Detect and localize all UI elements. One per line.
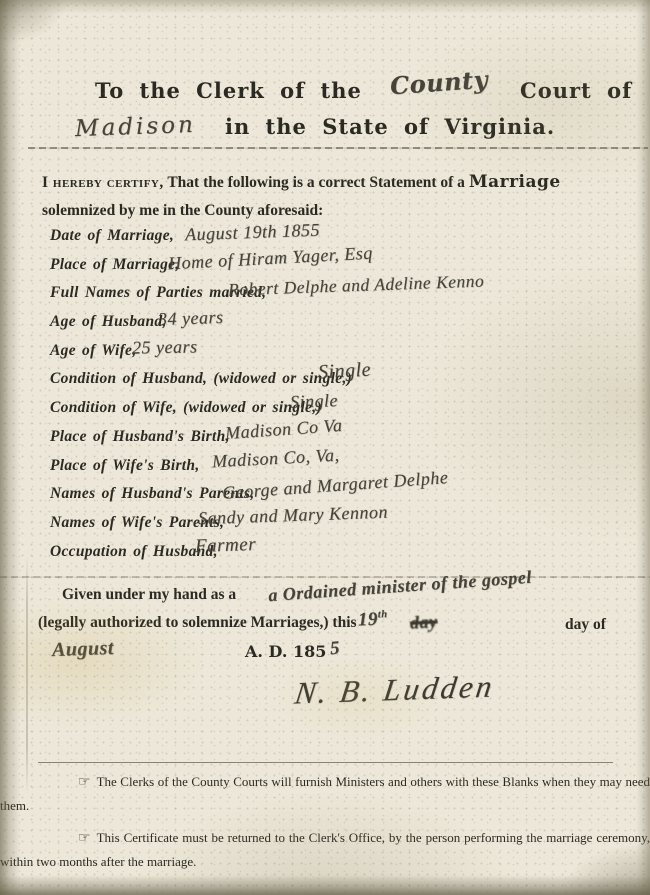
- certify-smallcaps: I hereby certify,: [42, 174, 164, 191]
- field-label: Condition of Wife, (widowed or single,): [50, 399, 322, 417]
- form-row-place-of-marriage: Place of Marriage, Home of Hiram Yager, …: [50, 250, 650, 279]
- closing-printed-1: Given under my hand as a: [62, 586, 236, 604]
- handwritten-value: Single: [290, 390, 339, 413]
- header-printed-right: Court of: [520, 78, 632, 103]
- header-state-line: in the State of Virginia.: [225, 114, 555, 139]
- document-header: To the Clerk of the County Court of Madi…: [0, 72, 650, 150]
- closing-day-of-label: day of: [565, 616, 606, 634]
- form-row-condition-of-husband: Condition of Husband, (widowed or single…: [50, 364, 650, 393]
- closing-statement: Given under my hand as a a Ordained mini…: [0, 582, 650, 668]
- field-label: Age of Husband,: [50, 313, 167, 331]
- fold-crease-line: [0, 576, 650, 578]
- closing-printed-2: (legally authorized to solemnize Marriag…: [38, 614, 357, 632]
- form-row-parties-married: Full Names of Parties married, Robert De…: [50, 278, 650, 307]
- note-clerks-furnish-blanks: ☞The Clerks of the County Courts will fu…: [0, 770, 650, 817]
- field-label: Condition of Husband, (widowed or single…: [50, 370, 352, 388]
- handwritten-struck-word: day: [409, 611, 438, 633]
- certify-marriage-word: Marriage: [469, 172, 561, 192]
- field-label: Place of Husband's Birth,: [50, 428, 230, 446]
- header-printed-left: To the Clerk of the: [95, 78, 362, 103]
- note-return-certificate: ☞This Certificate must be returned to th…: [0, 826, 650, 873]
- handwritten-year-digit: 5: [329, 638, 341, 661]
- form-row-condition-of-wife: Condition of Wife, (widowed or single,) …: [50, 393, 650, 422]
- notes-divider-rule: [38, 762, 613, 763]
- closing-printed-year: A. D. 185: [245, 642, 326, 661]
- handwritten-county-name: Madison: [75, 112, 197, 142]
- field-label: Occupation of Husband,: [50, 543, 218, 561]
- field-label: Age of Wife,: [50, 342, 136, 360]
- certification-paragraph: I hereby certify, That the following is …: [42, 168, 617, 225]
- handwritten-county-word: County: [389, 65, 489, 101]
- note-text: This Certificate must be returned to the…: [0, 830, 650, 869]
- handwritten-value: 34 years: [158, 307, 224, 330]
- field-label: Place of Wife's Birth,: [50, 457, 200, 475]
- handwritten-value: August 19th 1855: [185, 220, 321, 246]
- form-rows: Date of Marriage, August 19th 1855 Place…: [50, 221, 650, 565]
- marriage-certificate-document: To the Clerk of the County Court of Madi…: [0, 0, 650, 895]
- handwritten-day-number: 19th: [358, 608, 388, 631]
- certify-line2: solemnized by me in the County aforesaid…: [42, 202, 323, 219]
- form-row-husband-birthplace: Place of Husband's Birth, Madison Co Va: [50, 422, 650, 451]
- footer-notes: ☞The Clerks of the County Courts will fu…: [0, 770, 650, 882]
- handwritten-value: Farmer: [195, 534, 257, 558]
- form-row-husband-occupation: Occupation of Husband, Farmer: [50, 537, 650, 566]
- handwritten-minister-phrase: a Ordained minister of the gospel: [268, 567, 533, 606]
- handwritten-value: Single: [317, 359, 371, 385]
- pointing-hand-icon: ☞: [78, 830, 97, 846]
- certify-text: That the following is a correct Statemen…: [164, 174, 469, 191]
- form-row-age-of-husband: Age of Husband, 34 years: [50, 307, 650, 336]
- pointing-hand-icon: ☞: [78, 774, 97, 790]
- header-divider-rule: [28, 147, 648, 149]
- minister-signature: N. B. Ludden: [293, 668, 498, 711]
- handwritten-month: August: [52, 637, 115, 662]
- field-label: Place of Marriage,: [50, 256, 180, 274]
- note-text: The Clerks of the County Courts will fur…: [0, 774, 650, 813]
- field-label: Date of Marriage,: [50, 227, 174, 245]
- handwritten-value: 25 years: [132, 336, 198, 358]
- form-row-wife-parents: Names of Wife's Parents, Sandy and Mary …: [50, 508, 650, 537]
